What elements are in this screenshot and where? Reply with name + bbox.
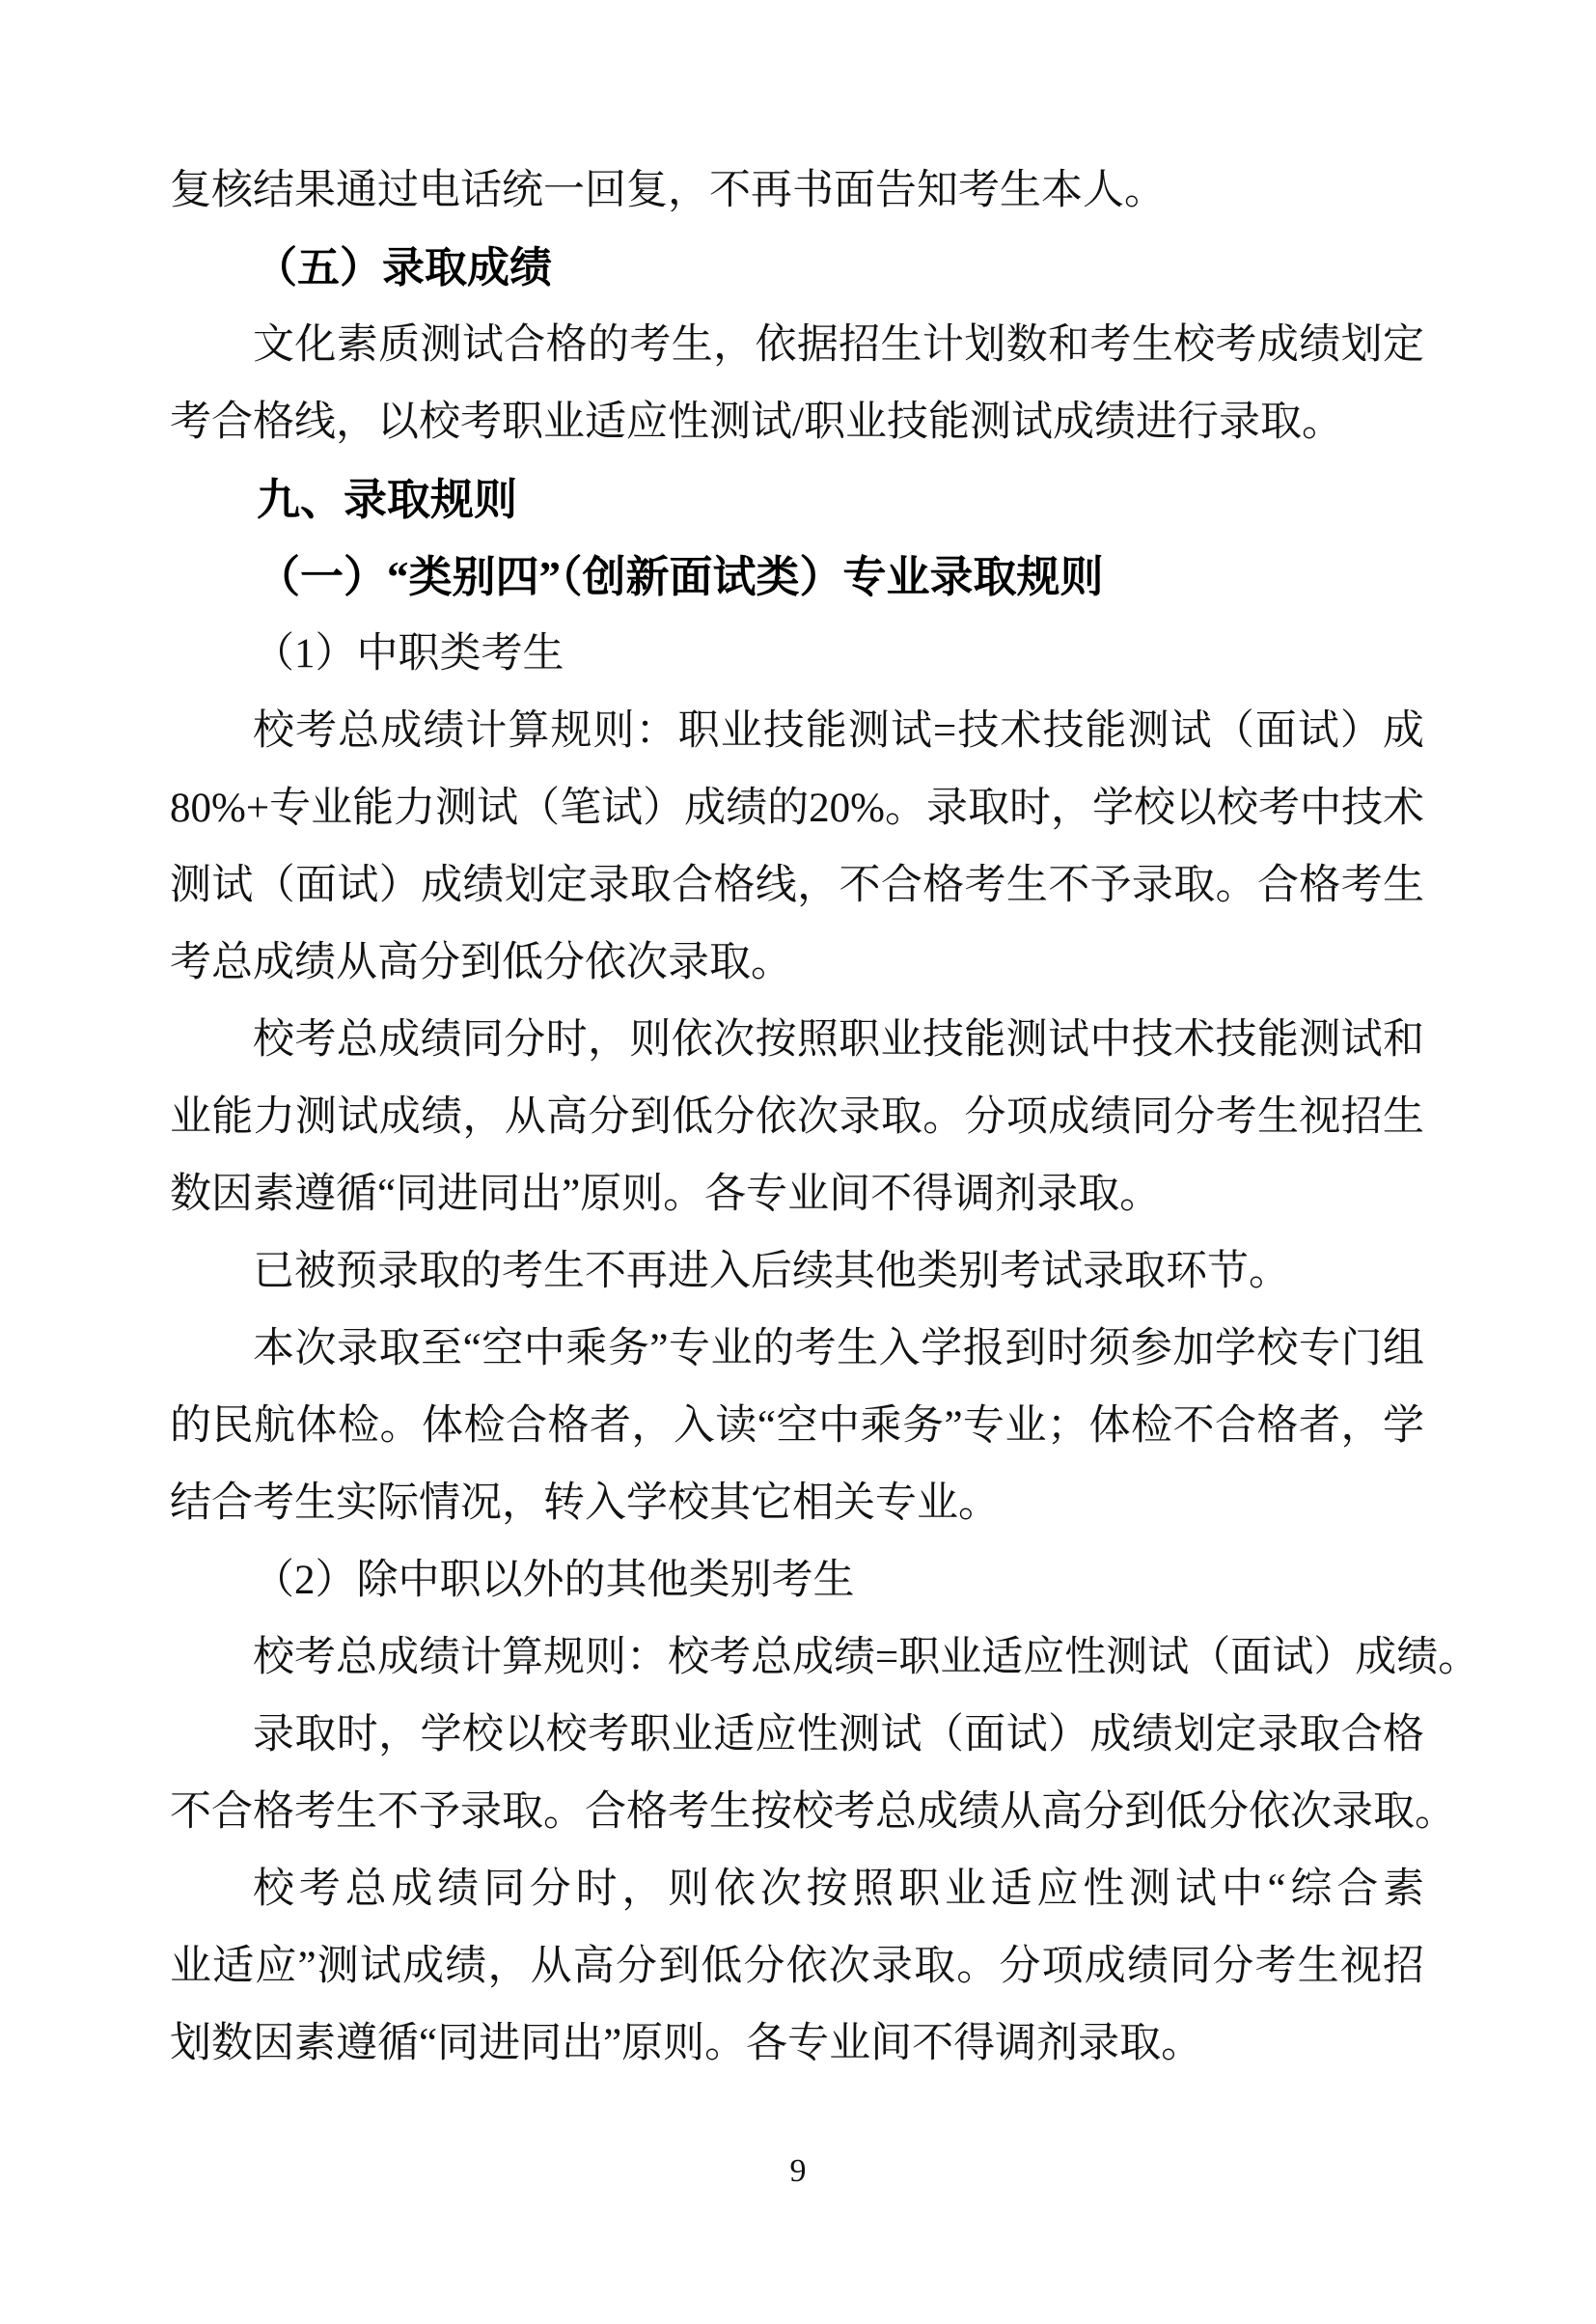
text-line: 测试（面试）成绩划定录取合格线，不合格考生不予录取。合格考生按校	[170, 847, 1424, 925]
text-line: 校考总成绩计算规则：职业技能测试=技术技能测试（面试）成绩的	[170, 693, 1424, 770]
text-line: 结合考生实际情况，转入学校其它相关专业。	[170, 1465, 1424, 1542]
text-line: 本次录取至“空中乘务”专业的考生入学报到时须参加学校专门组织	[170, 1311, 1424, 1388]
text-line: （五）录取成绩	[170, 230, 1424, 307]
text-line: 复核结果通过电话统一回复，不再书面告知考生本人。	[170, 152, 1424, 230]
text-line: 录取时，学校以校考职业适应性测试（面试）成绩划定录取合格线，	[170, 1697, 1424, 1774]
text-line: （2）除中职以外的其他类别考生	[170, 1542, 1424, 1619]
text-line: 的民航体检。体检合格者，入读“空中乘务”专业；体检不合格者，学校	[170, 1388, 1424, 1465]
text-line: 校考总成绩同分时，则依次按照职业技能测试中技术技能测试和专	[170, 1002, 1424, 1079]
text-line: 数因素遵循“同进同出”原则。各专业间不得调剂录取。	[170, 1156, 1424, 1233]
text-line: 已被预录取的考生不再进入后续其他类别考试录取环节。	[170, 1233, 1424, 1311]
text-line: 考总成绩从高分到低分依次录取。	[170, 925, 1424, 1002]
text-line: 考合格线，以校考职业适应性测试/职业技能测试成绩进行录取。	[170, 384, 1424, 461]
document-page: 复核结果通过电话统一回复，不再书面告知考生本人。（五）录取成绩文化素质测试合格的…	[0, 0, 1596, 2324]
text-line: （一）“类别四”（创新面试类）专业录取规则	[170, 539, 1424, 616]
text-line: 划数因素遵循“同进同出”原则。各专业间不得调剂录取。	[170, 2006, 1424, 2083]
text-line: 业适应”测试成绩，从高分到低分依次录取。分项成绩同分考生视招生计	[170, 1928, 1424, 2006]
text-line: （1）中职类考生	[170, 616, 1424, 693]
text-line: 不合格考生不予录取。合格考生按校考总成绩从高分到低分依次录取。	[170, 1774, 1424, 1851]
text-line: 文化素质测试合格的考生，依据招生计划数和考生校考成绩划定校	[170, 307, 1424, 384]
text-line: 业能力测试成绩，从高分到低分依次录取。分项成绩同分考生视招生计划	[170, 1079, 1424, 1156]
text-line: 校考总成绩同分时，则依次按照职业适应性测试中“综合素养”和“职	[170, 1851, 1424, 1928]
document-content: 复核结果通过电话统一回复，不再书面告知考生本人。（五）录取成绩文化素质测试合格的…	[170, 152, 1424, 2083]
text-line: 80%+专业能力测试（笔试）成绩的20%。录取时，学校以校考中技术技能	[170, 770, 1424, 847]
page-number: 9	[0, 2150, 1596, 2193]
text-line: 校考总成绩计算规则：校考总成绩=职业适应性测试（面试）成绩。	[170, 1619, 1424, 1697]
text-line: 九、录取规则	[170, 461, 1424, 539]
